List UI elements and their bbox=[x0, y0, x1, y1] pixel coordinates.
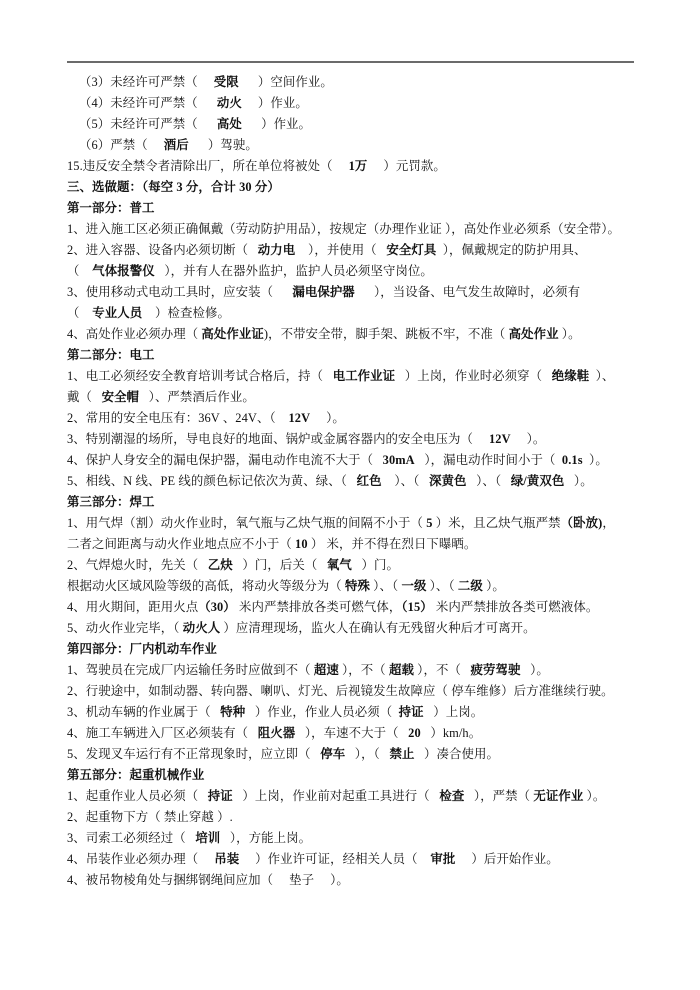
text-segment: ），当设备、电气发生故障时，必须有 bbox=[355, 285, 580, 299]
text-segment: 2、进入容器、设备内必须切断（ bbox=[67, 243, 258, 257]
section-header: 三、选做题：（每空 3 分，合计 30 分） bbox=[67, 177, 647, 198]
text-segment: ）上岗。 bbox=[424, 705, 484, 719]
document-line: 1、驾驶员在完成厂内运输任务时应做到不（ 超速 ），不（ 超载 ），不（ 疲劳驾… bbox=[67, 660, 647, 681]
section-header: 第四部分：厂内机动车作业 bbox=[67, 639, 647, 660]
text-segment: （5）未经许可严禁（ bbox=[79, 117, 217, 131]
text-segment: ）上岗，作业时必须穿（ bbox=[395, 369, 552, 383]
text-segment: 4、保护人身安全的漏电保护器，漏电动作电流不大于（ bbox=[67, 453, 383, 467]
answer-text: 第一部分：普工 bbox=[67, 201, 154, 215]
text-segment: )，不带安全带，脚手架、跳板不牢，不准（ bbox=[264, 327, 509, 341]
text-segment: ）门。 bbox=[352, 558, 399, 572]
document-page: （3）未经许可严禁（ 受限 ）空间作业。（4）未经许可严禁（ 动火 ）作业。（5… bbox=[0, 0, 700, 990]
text-segment: ）、 bbox=[589, 369, 614, 383]
text-segment: ），车速不大于（ bbox=[295, 726, 408, 740]
text-segment: ）、严禁酒后作业。 bbox=[139, 390, 255, 404]
text-segment: 5、动火作业完毕，（ bbox=[67, 621, 183, 635]
answer-text: 漏电保护器 bbox=[292, 285, 354, 299]
text-segment: ）门，后关（ bbox=[233, 558, 327, 572]
text-segment: 3、司索工必须经过（ bbox=[67, 831, 195, 845]
text-segment: ）凑合使用。 bbox=[414, 747, 499, 761]
text-segment: ）、（ bbox=[426, 579, 457, 593]
text-segment: （6）严禁（ bbox=[79, 138, 164, 152]
text-segment: ）。 bbox=[583, 453, 608, 467]
answer-text: 高处作业 bbox=[509, 327, 559, 341]
document-line: （6）严禁（ 酒后 ）驾驶。 bbox=[67, 135, 647, 156]
document-line: 1、用气焊（割）动火作业时，氧气瓶与乙炔气瓶的间隔不小于（ 5 ）米，且乙炔气瓶… bbox=[67, 513, 647, 534]
text-segment: 1、驾驶员在完成厂内运输任务时应做到不（ bbox=[67, 663, 314, 677]
text-segment: ）上岗，作业前对起重工具进行（ bbox=[233, 789, 440, 803]
document-line: 4、用火期间，距用火点（30） 米内严禁排放各类可燃气体，（15） 米内严禁排放… bbox=[67, 597, 647, 618]
text-segment: 3、特别潮湿的场所，导电良好的地面、锅炉或金属容器内的安全电压为（ bbox=[67, 432, 489, 446]
section-header: 第三部分：焊工 bbox=[67, 492, 647, 513]
section-header: 第五部分：起重机械作业 bbox=[67, 765, 647, 786]
answer-text: 安全帽 bbox=[102, 390, 139, 404]
document-line: 1、进入施工区必须正确佩戴（劳动防护用品），按规定（办理作业证 ），高处作业必须… bbox=[67, 219, 647, 240]
text-segment: ）。 bbox=[564, 474, 592, 488]
text-segment: 二者之间距离与动火作业地点应不小于（ bbox=[67, 537, 295, 551]
document-line: 2、气焊熄火时，先关（ 乙炔 ）门，后关（ 氧气 ）门。 bbox=[67, 555, 647, 576]
document-line: （3）未经许可严禁（ 受限 ）空间作业。 bbox=[67, 72, 647, 93]
answer-text: 特种 bbox=[220, 705, 245, 719]
text-segment: ）驾驶。 bbox=[189, 138, 258, 152]
text-segment: ）、（ bbox=[370, 579, 401, 593]
text-segment: ）。 bbox=[483, 579, 505, 593]
document-line: 5、动火作业完毕，（ 动火人 ）应清理现场，监火人在确认有无残留火种后才可离开。 bbox=[67, 618, 647, 639]
document-line: 2、起重物下方（ 禁止穿越 ）. bbox=[67, 807, 647, 828]
text-segment: ）元罚款。 bbox=[367, 159, 445, 173]
answer-text: 培训 bbox=[195, 831, 220, 845]
document-line: 2、进入容器、设备内必须切断（ 动力电 ），并使用（ 安全灯具 ），佩戴规定的防… bbox=[67, 240, 647, 261]
answer-text: 疲劳驾驶 bbox=[471, 663, 521, 677]
text-segment: ），不（ bbox=[414, 663, 471, 677]
answer-text: 持证 bbox=[399, 705, 424, 719]
answer-text: 第五部分：起重机械作业 bbox=[67, 768, 204, 782]
answer-text: 受限 bbox=[214, 75, 239, 89]
document-line: （ 气体报警仪 ），并有人在器外监护，监护人员必须坚守岗位。 bbox=[67, 261, 647, 282]
text-segment: ）。 bbox=[310, 411, 345, 425]
text-segment: 4、高处作业必须办理（ bbox=[67, 327, 201, 341]
text-segment: ）、（ bbox=[467, 474, 511, 488]
text-segment: ）。 bbox=[583, 789, 605, 803]
document-line: 4、保护人身安全的漏电保护器，漏电动作电流不大于（ 30mA ），漏电动作时间小… bbox=[67, 450, 647, 471]
answer-text: （15） bbox=[401, 600, 432, 614]
answer-text: 审批 bbox=[430, 852, 455, 866]
answer-text: 无证作业 bbox=[533, 789, 583, 803]
answer-text: 超载 bbox=[389, 663, 414, 677]
text-segment: 1、用气焊（割）动火作业时，氧气瓶与乙炔气瓶的间隔不小于（ bbox=[67, 516, 426, 530]
document-line: （5）未经许可严禁（ 高处 ）作业。 bbox=[67, 114, 647, 135]
text-segment: ）检查检修。 bbox=[142, 306, 230, 320]
text-segment: （3）未经许可严禁（ bbox=[79, 75, 214, 89]
answer-text: 高处作业证 bbox=[201, 327, 263, 341]
text-segment: 4、吊装作业必须办理（ bbox=[67, 852, 214, 866]
answer-text: 红色 bbox=[357, 474, 382, 488]
document-line: 3、特别潮湿的场所，导电良好的地面、锅炉或金属容器内的安全电压为（ 12V ）。 bbox=[67, 429, 647, 450]
document-line: （4）未经许可严禁（ 动火 ）作业。 bbox=[67, 93, 647, 114]
text-segment: ）作业，作业人员必须（ bbox=[245, 705, 398, 719]
answer-text: 深黄色 bbox=[429, 474, 466, 488]
answer-text: 第二部分：电工 bbox=[67, 348, 154, 362]
document-line: 二者之间距离与动火作业地点应不小于（ 10 ） 米，并不得在烈日下曝晒。 bbox=[67, 534, 647, 555]
text-segment: ），并有人在器外监护，监护人员必须坚守岗位。 bbox=[155, 264, 433, 278]
document-line: 2、行驶途中，如制动器、转向器、喇叭、灯光、后视镜发生故障应（ 停车维修）后方准… bbox=[67, 681, 647, 702]
text-segment: 4、用火期间，距用火点 bbox=[67, 600, 198, 614]
text-segment: 2、常用的安全电压有：36V 、24V、（ bbox=[67, 411, 289, 425]
text-segment: 1、进入施工区必须正确佩戴（劳动防护用品），按规定（办理作业证 ），高处作业必须… bbox=[67, 222, 620, 236]
text-segment: ），并使用（ bbox=[295, 243, 386, 257]
answer-text: 高处 bbox=[217, 117, 242, 131]
answer-text: 气体报警仪 bbox=[92, 264, 154, 278]
document-line: 1、电工必须经安全教育培训考试合格后，持（ 电工作业证 ）上岗，作业时必须穿（ … bbox=[67, 366, 647, 387]
document-line: 3、司索工必须经过（ 培训 ），方能上岗。 bbox=[67, 828, 647, 849]
answer-text: 氧气 bbox=[327, 558, 352, 572]
answer-text: 绝缘鞋 bbox=[552, 369, 589, 383]
text-segment: ）作业。 bbox=[242, 96, 308, 110]
document-line: 根据动火区域风险等级的高低，将动火等级分为（ 特殊 ）、（ 一级 ）、（ 二级 … bbox=[67, 576, 647, 597]
answer-text: 12V bbox=[289, 411, 311, 425]
answer-text: 电工作业证 bbox=[333, 369, 395, 383]
section-header: 第二部分：电工 bbox=[67, 345, 647, 366]
answer-text: （30） bbox=[198, 600, 236, 614]
text-segment: ）。 bbox=[559, 327, 581, 341]
answer-text: 特殊 bbox=[345, 579, 370, 593]
text-segment: ）作业许可证，经相关人员（ bbox=[239, 852, 430, 866]
text-segment: 2、起重物下方（ 禁止穿越 ）. bbox=[67, 810, 233, 824]
text-segment: 2、行驶途中，如制动器、转向器、喇叭、灯光、后视镜发生故障应（ 停车维修）后方准… bbox=[67, 684, 614, 698]
document-line: 戴（ 安全帽 ）、严禁酒后作业。 bbox=[67, 387, 647, 408]
text-segment: ）。 bbox=[521, 663, 549, 677]
answer-text: 吊装 bbox=[214, 852, 239, 866]
answer-text: 超速 bbox=[314, 663, 339, 677]
document-line: 3、使用移动式电动工具时，应安装（ 漏电保护器 ），当设备、电气发生故障时，必须… bbox=[67, 282, 647, 303]
section-header: 第一部分：普工 bbox=[67, 198, 647, 219]
answer-text: 阻火器 bbox=[258, 726, 295, 740]
text-segment: （ bbox=[67, 306, 92, 320]
answer-text: 1万 bbox=[349, 159, 368, 173]
answer-text: 12V bbox=[489, 432, 511, 446]
answer-text: 第四部分：厂内机动车作业 bbox=[67, 642, 217, 656]
answer-text: 动火人 bbox=[183, 621, 220, 635]
text-segment: （ bbox=[67, 264, 92, 278]
answer-text: 安全灯具 bbox=[386, 243, 436, 257]
text-segment: ）后开始作业。 bbox=[455, 852, 558, 866]
text-segment: ），（ bbox=[345, 747, 389, 761]
answer-text: 第三部分：焊工 bbox=[67, 495, 154, 509]
answer-text: 30mA bbox=[383, 453, 415, 467]
text-segment: 4、被吊物棱角处与捆绑钢绳间应加（ 垫子 ）。 bbox=[67, 873, 349, 887]
document-line: 5、相线、N 线、PE 线的颜色标记依次为黄、绿、（ 红色 ）、（ 深黄色 ）、… bbox=[67, 471, 647, 492]
text-segment: 1、起重作业人员必须（ bbox=[67, 789, 208, 803]
text-segment: ）空间作业。 bbox=[239, 75, 333, 89]
text-segment: ），严禁（ bbox=[464, 789, 533, 803]
text-segment: ）作业。 bbox=[242, 117, 311, 131]
text-segment: 2、气焊熄火时，先关（ bbox=[67, 558, 208, 572]
text-segment: 5、发现叉车运行有不正常现象时，应立即（ bbox=[67, 747, 320, 761]
document-line: 4、被吊物棱角处与捆绑钢绳间应加（ 垫子 ）。 bbox=[67, 870, 647, 891]
answer-text: 停车 bbox=[320, 747, 345, 761]
document-line: 5、发现叉车运行有不正常现象时，应立即（ 停车 ），（ 禁止 ）凑合使用。 bbox=[67, 744, 647, 765]
text-segment: ， bbox=[602, 516, 615, 530]
text-segment: 戴（ bbox=[67, 390, 102, 404]
text-segment: ）、（ bbox=[382, 474, 429, 488]
text-segment: ），佩戴规定的防护用具、 bbox=[436, 243, 586, 257]
answer-text: 动力电 bbox=[258, 243, 295, 257]
document-line: （ 专业人员 ）检查检修。 bbox=[67, 303, 647, 324]
text-segment: 15.违反安全禁令者清除出厂，所在单位将被处（ bbox=[67, 159, 349, 173]
document-line: 4、施工车辆进入厂区必须装有（ 阻火器 ），车速不大于（ 20 ）km/h。 bbox=[67, 723, 647, 744]
text-segment: 3、机动车辆的作业属于（ bbox=[67, 705, 220, 719]
document-line: 4、高处作业必须办理（ 高处作业证)，不带安全带，脚手架、跳板不牢，不准（ 高处… bbox=[67, 324, 647, 345]
text-segment: （4）未经许可严禁（ bbox=[79, 96, 217, 110]
answer-text: 10 bbox=[295, 537, 308, 551]
document-body: （3）未经许可严禁（ 受限 ）空间作业。（4）未经许可严禁（ 动火 ）作业。（5… bbox=[67, 72, 647, 891]
answer-text: 绿/黄双色 bbox=[511, 474, 565, 488]
answer-text: （卧放) bbox=[561, 516, 603, 530]
document-line: 2、常用的安全电压有：36V 、24V、（ 12V ）。 bbox=[67, 408, 647, 429]
answer-text: 检查 bbox=[439, 789, 464, 803]
answer-text: 一级 bbox=[401, 579, 426, 593]
text-segment: 米内严禁排放各类可燃气体， bbox=[236, 600, 402, 614]
answer-text: 动火 bbox=[217, 96, 242, 110]
answer-text: 乙炔 bbox=[208, 558, 233, 572]
answer-text: 酒后 bbox=[164, 138, 189, 152]
text-segment: ）。 bbox=[511, 432, 546, 446]
text-segment: ） 米，并不得在烈日下曝晒。 bbox=[308, 537, 477, 551]
text-segment: ），不（ bbox=[339, 663, 389, 677]
answer-text: 专业人员 bbox=[92, 306, 142, 320]
document-line: 3、机动车辆的作业属于（ 特种 ）作业，作业人员必须（ 持证 ）上岗。 bbox=[67, 702, 647, 723]
text-segment: 5、相线、N 线、PE 线的颜色标记依次为黄、绿、（ bbox=[67, 474, 357, 488]
answer-text: 禁止 bbox=[389, 747, 414, 761]
text-segment: 根据动火区域风险等级的高低，将动火等级分为（ bbox=[67, 579, 345, 593]
text-segment: ）米，且乙炔气瓶严禁 bbox=[433, 516, 561, 530]
answer-text: 三、选做题：（每空 3 分，合计 30 分） bbox=[67, 180, 280, 194]
header-rule bbox=[67, 61, 634, 63]
document-line: 1、起重作业人员必须（ 持证 ）上岗，作业前对起重工具进行（ 检查 ），严禁（ … bbox=[67, 786, 647, 807]
text-segment: 1、电工必须经安全教育培训考试合格后，持（ bbox=[67, 369, 333, 383]
text-segment: 4、施工车辆进入厂区必须装有（ bbox=[67, 726, 258, 740]
answer-text: 0.1s bbox=[562, 453, 583, 467]
answer-text: 二级 bbox=[458, 579, 483, 593]
answer-text: 持证 bbox=[208, 789, 233, 803]
document-line: 4、吊装作业必须办理（ 吊装 ）作业许可证，经相关人员（ 审批 ）后开始作业。 bbox=[67, 849, 647, 870]
answer-text: 20 bbox=[408, 726, 421, 740]
text-segment: 米内严禁排放各类可燃液体。 bbox=[433, 600, 599, 614]
text-segment: 3、使用移动式电动工具时，应安装（ bbox=[67, 285, 292, 299]
text-segment: ）km/h。 bbox=[421, 726, 481, 740]
text-segment: ），漏电动作时间小于（ bbox=[415, 453, 562, 467]
text-segment: ），方能上岗。 bbox=[220, 831, 311, 845]
text-segment: ）应清理现场，监火人在确认有无残留火种后才可离开。 bbox=[220, 621, 535, 635]
document-line: 15.违反安全禁令者清除出厂，所在单位将被处（ 1万 ）元罚款。 bbox=[67, 156, 647, 177]
